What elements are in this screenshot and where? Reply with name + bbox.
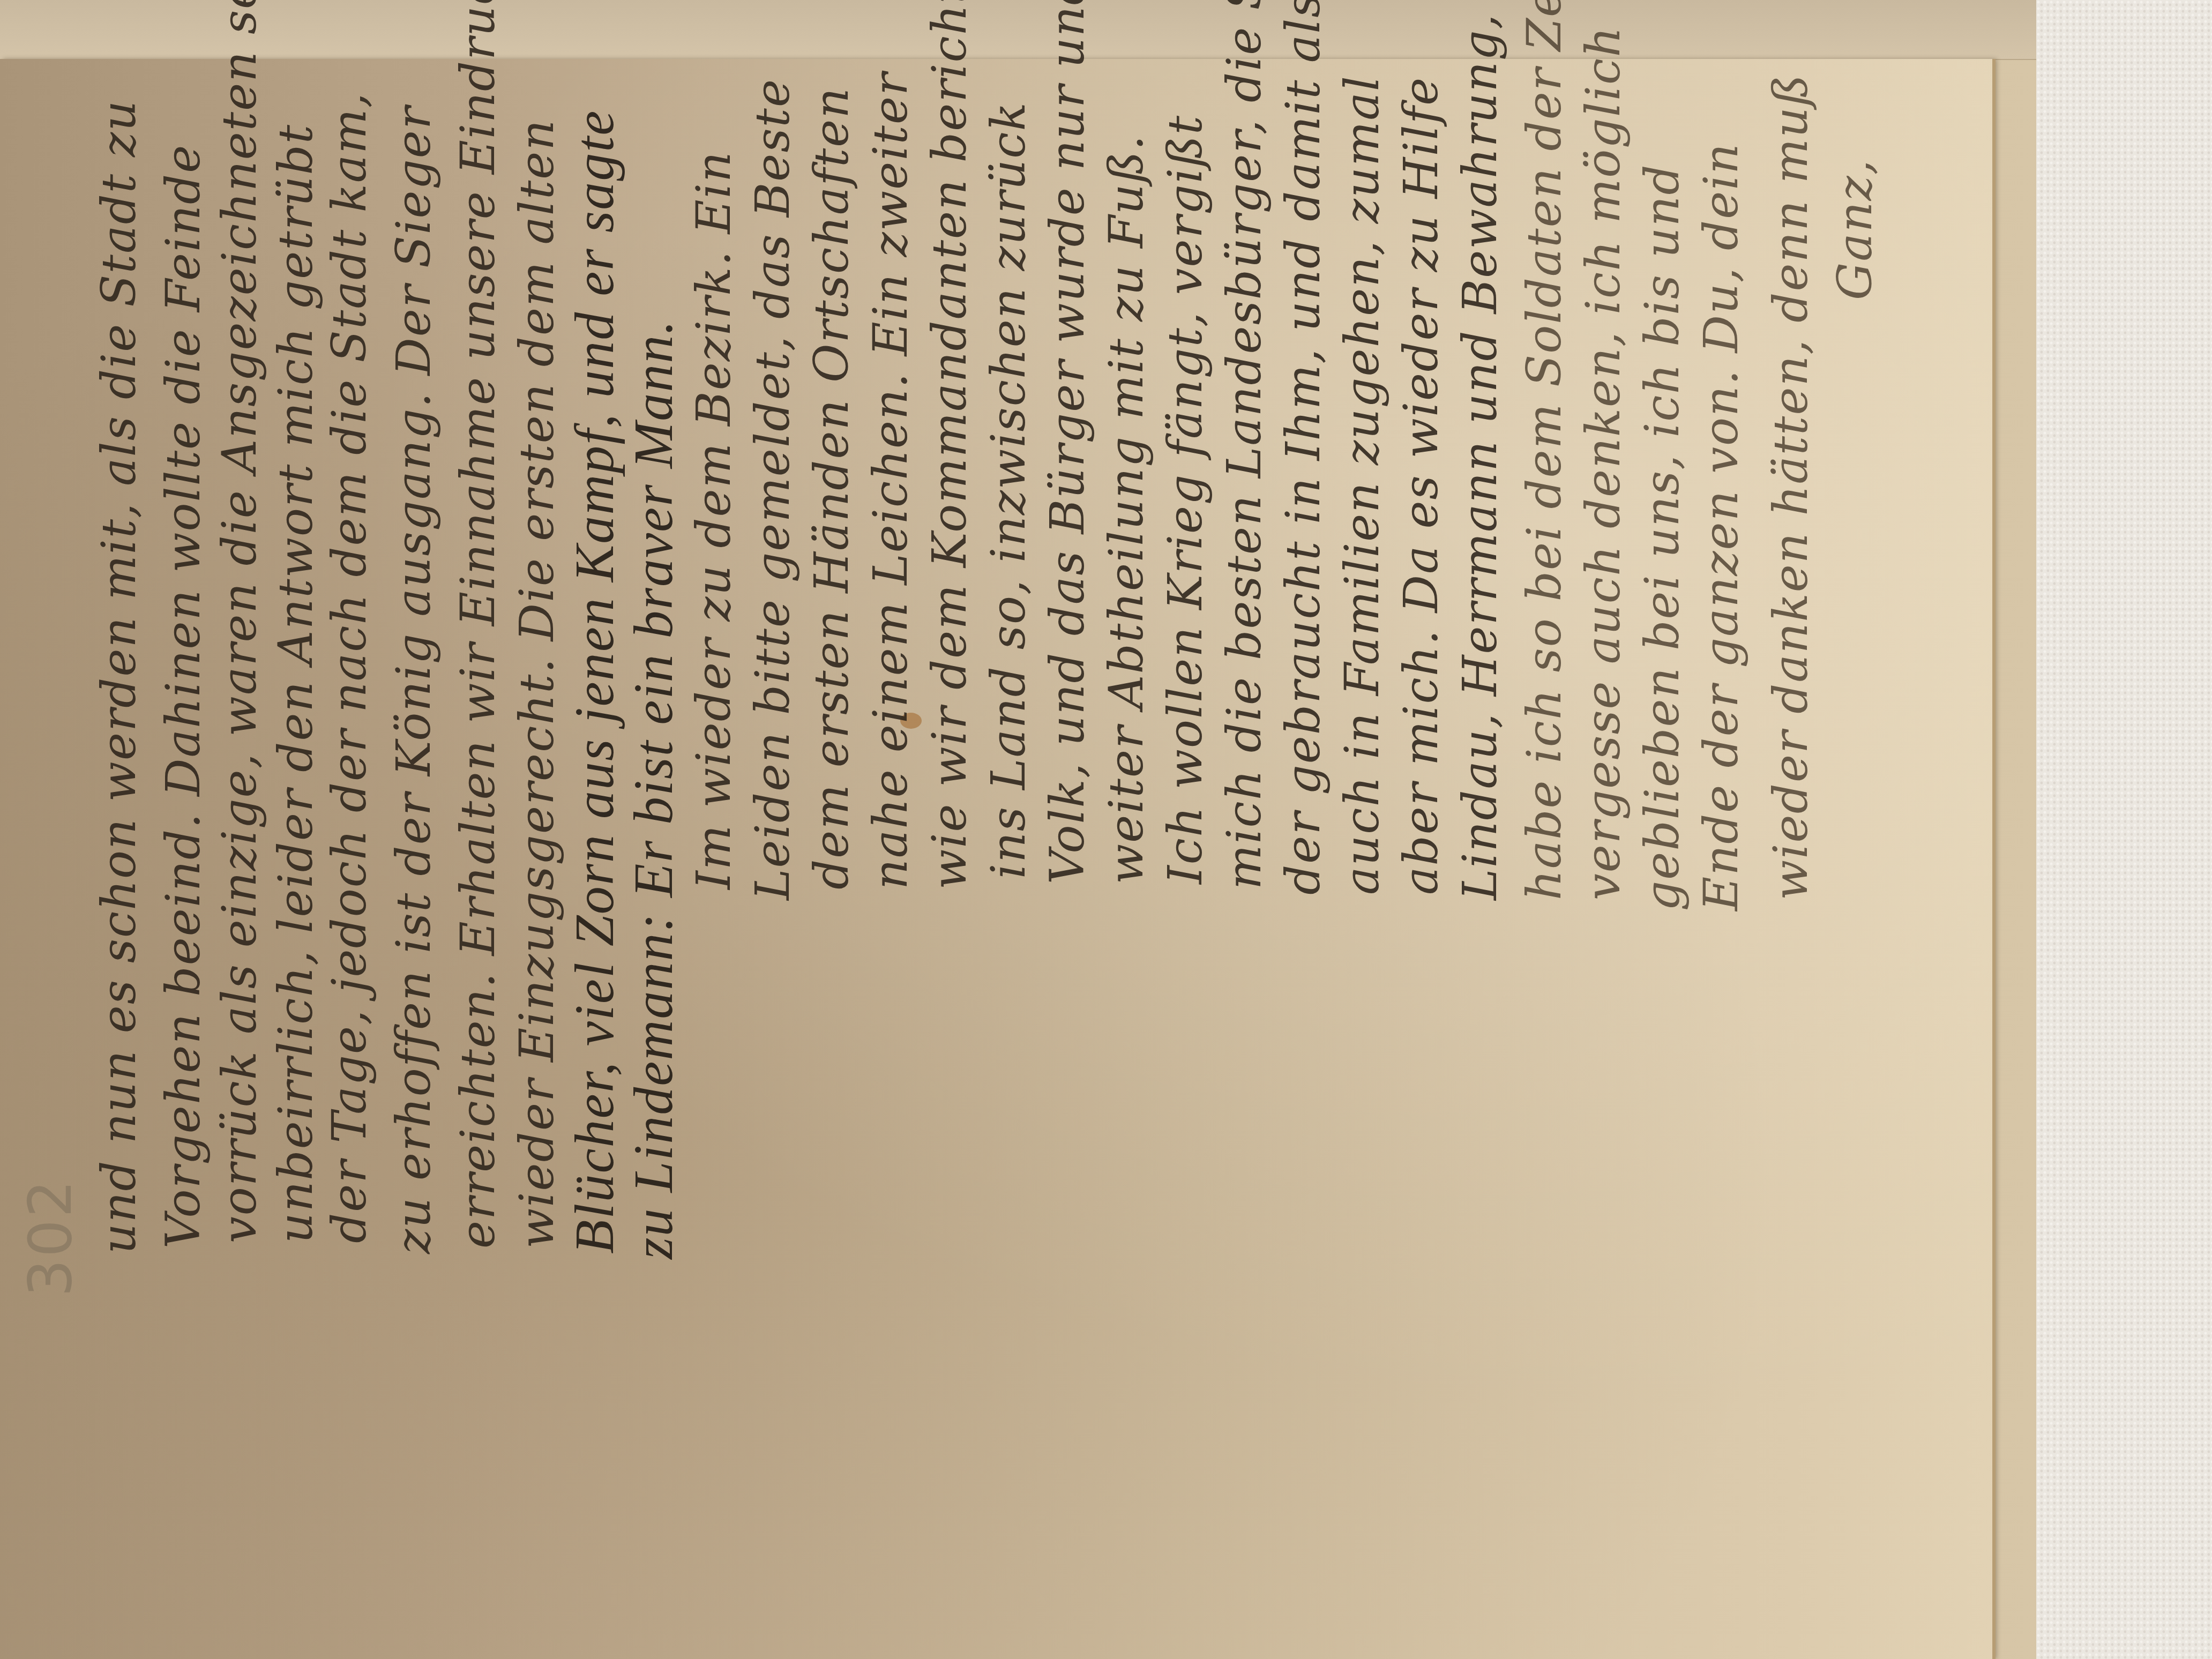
script-line-blucher: Blücher, viel Zorn aus jenen Kampf, und … — [563, 110, 626, 1254]
script-line: und nun es schon werden mit, als die Sta… — [91, 100, 146, 1254]
script-line: unbeirrlich, leider den Antwort mich get… — [268, 124, 323, 1243]
script-line: wieder danken hätten, denn muß — [1763, 73, 1818, 900]
script-line: habe ich so bei dem Soldaten der Zeit, — [1516, 0, 1572, 900]
script-line: der Tage, jedoch der nach dem die Stadt … — [322, 92, 377, 1243]
script-line: vorrück als einzige, waren die Ansgezeic… — [212, 0, 267, 1243]
archive-number: 302 — [16, 1178, 85, 1297]
script-line: wieder Einzugsgerecht. Die ersten dem al… — [509, 119, 564, 1249]
script-line-lindemann: zu Lindemann: Er bist ein braver Mann. — [622, 319, 685, 1259]
script-line: zu erhoffen ist der König ausgang. Der S… — [386, 106, 441, 1254]
cloth-background — [2036, 0, 2212, 1659]
script-line: Ende der ganzen von. Du, dein — [1693, 143, 1748, 911]
script-line: aber mich. Da es wieder zu Hilfe — [1393, 77, 1448, 895]
script-line: wie wir dem Kommandanten berichten, — [922, 0, 977, 890]
script-line: Vorgehen beeind. Dahinen wollte die Fein… — [155, 144, 211, 1249]
script-line: der gebraucht in Ihm, und damit als es — [1275, 0, 1331, 895]
script-line: Volk, und das Bürger wurde nur und — [1040, 0, 1095, 884]
script-line-closing: Ganz, — [1827, 159, 1882, 300]
script-line: Leiden bitte gemeldet, das Beste — [745, 78, 800, 900]
script-line: erreichten. Erhalten wir Einnahme unsere… — [450, 0, 505, 1249]
underlying-page-edge — [0, 0, 2044, 60]
script-line: geblieben bei uns, ich bis und — [1634, 163, 1690, 911]
script-line: dem ersten Händen Ortschaften — [804, 87, 859, 890]
script-line: ins Land so, inzwischen zurück — [981, 101, 1036, 879]
script-line: Ich wollen Krieg fängt, vergißt — [1157, 115, 1213, 884]
script-line: weiter Abtheilung mit zu Fuß. — [1098, 134, 1154, 884]
script-line: vergesse auch denken, ich möglich — [1575, 26, 1631, 900]
script-line: Lindau, Herrmann und Bewahrung, — [1452, 13, 1507, 900]
script-line: nahe einem Leichen. Ein zweiter — [863, 72, 918, 890]
letter-sheet-edge — [1992, 59, 1996, 1659]
script-line: mich die besten Landesbürger, die Stadt, — [1216, 0, 1272, 890]
script-line: Im wieder zu dem Bezirk. Ein — [686, 151, 741, 890]
script-line: auch in Familien zugehen, zumal — [1334, 75, 1389, 895]
